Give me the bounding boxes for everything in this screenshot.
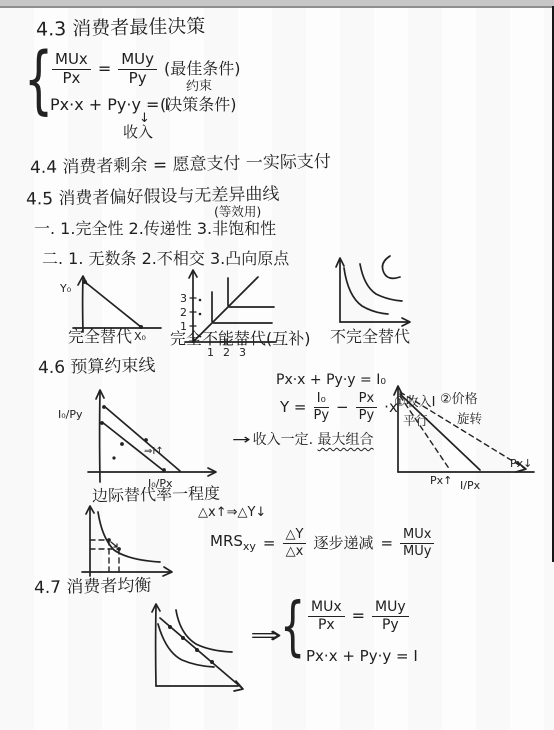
fraction-i0-py: I₀ Py — [314, 392, 330, 422]
point-dot — [162, 468, 166, 472]
implies-arrow-icon: ⇒ — [250, 622, 270, 650]
equilibrium-budget-equation: Px·x + Py·y = I — [306, 648, 418, 665]
minus-sign: − — [336, 399, 349, 416]
fraction-px-py: Px Py — [356, 392, 378, 422]
equals-sign-2: = — [380, 535, 393, 552]
mrs-subscript: xy — [243, 540, 256, 553]
tangency-dot — [195, 648, 199, 652]
point-dot — [120, 442, 124, 446]
system-brace-43: { — [24, 46, 53, 114]
right-arrow-icon: → — [232, 432, 251, 448]
x0-label: X₀ — [134, 330, 147, 343]
y-equals: Y = — [280, 399, 307, 416]
l-shaped-curve-2 — [228, 278, 274, 307]
curve-point-dot — [107, 538, 111, 542]
optimal-condition-equation: MUx Px = MUy Py (最佳条件) — [52, 52, 241, 87]
budget-line-equation: Px·x + Py·y = I₀ — [276, 372, 386, 388]
equilibrium-condition-equation: MUx Px = MUy Py — [308, 600, 409, 632]
mrs-symbol: MRSxy — [210, 533, 256, 554]
budget-constraint-graph: I₀/Py ⇒I↑ I₀/Px — [56, 382, 236, 492]
tangency-dot — [181, 636, 185, 640]
fraction-mux-muy: MUx MUy — [400, 528, 434, 558]
indifference-curve — [98, 512, 160, 562]
consumer-equilibrium-graph — [136, 596, 256, 696]
indifference-curve-3 — [382, 256, 400, 278]
optimal-condition-note: (最佳条件) — [164, 60, 241, 78]
max-combo-text: 最大组合 — [318, 432, 374, 448]
fraction-dy-dx: △Y △x — [283, 528, 307, 558]
indifference-curve-1 — [158, 624, 214, 667]
price-rotation-graph: Px↑ I/Px Px↓ — [384, 380, 549, 490]
perfect-complements-label: 完全不能替代(互补) — [170, 330, 311, 348]
point-dot — [112, 456, 115, 459]
equal-utility-annotation: (等效用) — [214, 205, 261, 219]
imperfect-substitutes-label: 不完全替代 — [330, 328, 410, 346]
fraction-muy-py: MUy Py — [372, 600, 409, 632]
system-brace-47: { — [280, 598, 305, 657]
equals-sign: = — [352, 607, 365, 625]
fraction-mux-px: MUx Px — [52, 52, 91, 87]
point-dot — [102, 405, 106, 409]
mrs-delta-note: △x↑⇒△Y↓ — [198, 506, 266, 521]
point-dot — [100, 421, 104, 425]
budget-line-solved-equation: Y = I₀ Py − Px Py ·x — [280, 392, 398, 422]
movement-arrow — [111, 542, 117, 547]
budget-line-price-down — [400, 392, 524, 468]
income-up-annotation: ⇒I↑ — [144, 446, 164, 457]
price-down-label: Px↓ — [510, 457, 532, 470]
section-46-heading: 4.6 预算约束线 — [38, 357, 156, 379]
budget-condition-note: (决策条件) — [160, 96, 237, 114]
fraction-mux-px: MUx Px — [308, 600, 345, 632]
preference-axioms-row: 一. 1.完全性 2.传递性 3.非饱和性 — [34, 220, 276, 238]
equals-sign: = — [98, 60, 111, 78]
point-dot — [144, 438, 148, 442]
tangency-dot — [210, 660, 214, 664]
mrs-graph — [66, 500, 188, 584]
indifference-curve-2 — [360, 264, 402, 301]
y0-label: Y₀ — [59, 282, 72, 295]
x-intercept-label: I/Px — [460, 479, 481, 492]
notebook-page: 4.3 消费者最佳决策 { MUx Px = MUy Py (最佳条件) Px·… — [0, 0, 554, 730]
tangency-dot — [168, 625, 172, 629]
section-44-line: 4.4 消费者剩余 = 愿意支付 一实际支付 — [30, 153, 331, 179]
income-fixed-line: → 收入一定. 最大组合 — [232, 432, 374, 448]
scan-top-band — [0, 0, 554, 8]
indifference-curve-2 — [176, 610, 232, 652]
y-tick-label-2: 2 — [180, 306, 187, 319]
mark-dot — [199, 313, 202, 316]
imperfect-substitutes-graph — [324, 252, 419, 332]
mark-dot — [199, 299, 202, 302]
mrs-equation: MRSxy = △Y △x 逐步递减 = MUx MUy — [210, 528, 434, 558]
linear-indifference-line — [85, 282, 141, 327]
budget-line-outer — [104, 406, 180, 471]
section-43-heading: 4.3 消费者最佳决策 — [36, 16, 206, 41]
perfect-substitutes-label: 完全替代 — [68, 328, 132, 346]
curve-point-dot — [117, 547, 121, 551]
budget-condition-equation: Px·x + Py·y = I — [50, 96, 169, 114]
y-tick-label-3: 3 — [180, 292, 187, 305]
y-intercept-label: I₀/Py — [58, 408, 83, 421]
diminishing-text: 逐步递减 — [313, 535, 373, 552]
fraction-muy-py: MUy Py — [118, 52, 157, 87]
equals-sign: = — [263, 535, 276, 552]
indifference-curve-1 — [344, 268, 388, 314]
income-fixed-text: 收入一定. — [253, 432, 313, 448]
price-up-label: Px↑ — [430, 474, 452, 487]
section-47-heading: 4.7 消费者均衡 — [34, 577, 152, 599]
constraint-annotation: 约束 — [186, 80, 213, 96]
budget-line-initial — [400, 394, 480, 470]
income-annotation: 收入 — [123, 124, 153, 141]
